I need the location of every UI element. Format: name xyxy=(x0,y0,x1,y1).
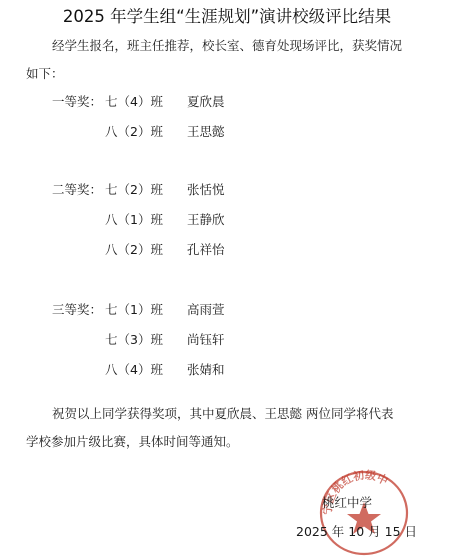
signature-school: 桃红中学 xyxy=(322,493,372,511)
award-third-label: 三等奖： xyxy=(52,300,102,318)
award-third-name-2: 尚钰轩 xyxy=(187,330,225,348)
award-third-name-1: 高雨萱 xyxy=(187,300,225,318)
award-first-name-2: 王思懿 xyxy=(187,122,225,140)
award-first-label: 一等奖： xyxy=(52,92,102,110)
award-third-class-1: 七（1）班 xyxy=(105,300,163,318)
award-third-class-2: 七（3）班 xyxy=(105,330,163,348)
award-third-class-3: 八（4）班 xyxy=(105,360,163,378)
award-first-name-1: 夏欣晨 xyxy=(187,92,225,110)
closing-line-1: 祝贺以上同学获得奖项，其中夏欣晨、王思懿 两位同学将代表 xyxy=(52,404,393,422)
award-second-class-1: 七（2）班 xyxy=(105,180,163,198)
signature-date: 2025 年 10 月 15 日 xyxy=(296,522,417,540)
closing-line-2: 学校参加片级比赛，具体时间等通知。 xyxy=(26,432,239,450)
intro-line-1: 经学生报名，班主任推荐，校长室、德育处现场评比，获奖情况 xyxy=(52,36,402,54)
award-second-name-2: 王静欣 xyxy=(187,210,225,228)
award-second-class-2: 八（1）班 xyxy=(105,210,163,228)
award-second-name-3: 孔祥怡 xyxy=(187,240,225,258)
award-second-name-1: 张恬悦 xyxy=(187,180,225,198)
award-first-class-2: 八（2）班 xyxy=(105,122,163,140)
official-seal: 宁区桃红初级中 xyxy=(318,468,410,556)
award-third-name-3: 张婧和 xyxy=(187,360,225,378)
award-second-label: 二等奖： xyxy=(52,180,102,198)
award-second-class-3: 八（2）班 xyxy=(105,240,163,258)
page-title: 2025 年学生组“生涯规划”演讲校级评比结果 xyxy=(0,3,454,27)
award-first-class-1: 七（4）班 xyxy=(105,92,163,110)
intro-line-2: 如下： xyxy=(26,64,64,82)
